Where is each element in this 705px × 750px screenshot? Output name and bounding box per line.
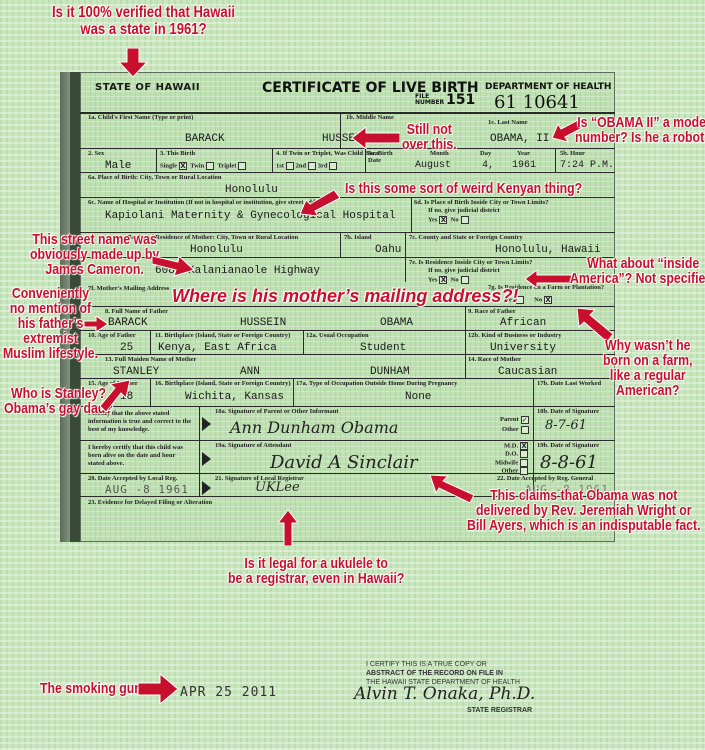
birth-hour: 7:24 P.M. [560, 160, 614, 171]
attendant-signature: David A Sinclair [270, 452, 418, 473]
label-father-birthplace: 11. Birthplace (Island, State or Foreign… [155, 332, 290, 339]
judicial-district-note: If no, give judicial district [428, 207, 500, 214]
department-heading: DEPARTMENT OF HEALTH [485, 82, 611, 92]
attendant-certification: I hereby certify that this child was bor… [88, 444, 193, 468]
annotation-hawaii-state: Is it 100% verified that Hawaiiwas a sta… [52, 4, 235, 38]
annotation-ukulele: Is it legal for a ukulele tobe a registr… [228, 556, 404, 586]
mother-last-name: DUNHAM [370, 366, 410, 378]
arrow-right-icon [84, 316, 108, 332]
label-place-of-birth: 6a. Place of Birth: City, Town or Rural … [88, 174, 222, 181]
informant-signature: Ann Dunham Obama [230, 418, 398, 437]
father-first-name: BARACK [108, 317, 148, 329]
label-1c: 1c. Last Name [488, 119, 528, 126]
checkbox-3rd [329, 162, 337, 170]
divider [80, 378, 615, 379]
sex-value: Male [105, 160, 131, 172]
arrow-right-icon [138, 674, 178, 704]
checkbox-no [461, 276, 469, 284]
divider [272, 148, 273, 172]
birth-day: 4, [482, 160, 494, 171]
divider [199, 406, 200, 496]
divider [80, 197, 615, 198]
certification-statement: I CERTIFY THIS IS A TRUE COPY OR ABSTRAC… [366, 660, 520, 687]
annotation-farm: Why wasn’t heborn on a farm,like a regul… [603, 338, 693, 398]
checkbox-yes: X [439, 276, 447, 284]
annotation-stanley: Who is Stanley?Obama’s gay dad? [4, 386, 113, 416]
divider [80, 306, 615, 307]
father-age: 25 [120, 342, 133, 354]
label-date-accepted-general: 22. Date Accepted by Reg. General [497, 475, 593, 482]
checkbox-2nd [308, 162, 316, 170]
divider [156, 148, 157, 172]
divider [340, 232, 341, 257]
label-birth-date: 5a. Birth Date [368, 150, 398, 164]
arrow-right-icon [152, 252, 194, 278]
label-mailing-address: 7f. Mother's Mailing Address [88, 285, 169, 292]
signature-date-18b: 8-7-61 [545, 418, 587, 433]
divider [80, 232, 615, 233]
divider [411, 197, 412, 232]
label-mother-race: 14. Race of Mother [468, 356, 521, 363]
arrow-down-icon [118, 48, 148, 78]
label-year: Year [517, 150, 530, 157]
divider [80, 354, 615, 355]
label-father-name: 8. Full Name of Father [105, 308, 168, 315]
label-attendant-signature: 19a. Signature of Attendant [215, 442, 291, 449]
father-middle-name: HUSSEIN [240, 317, 286, 329]
arrow-marker [202, 417, 211, 431]
divider [293, 378, 294, 406]
label-1a: 1a. Child's First Name (Type or print) [88, 114, 193, 121]
annotation-smoking-gun: The smoking gun. [40, 682, 145, 695]
residence-city: Honolulu [190, 244, 243, 256]
divider [80, 172, 615, 173]
state-registrar-title: STATE REGISTRAR [467, 707, 532, 714]
label-hour: 5b. Hour [560, 150, 585, 157]
label-1b: 1b. Middle Name [346, 114, 394, 121]
checkbox-do [520, 450, 528, 458]
divider [80, 440, 615, 441]
label-inside-city-residence: 7e. Is Residence Inside City or Town Lim… [409, 259, 532, 266]
local-registrar-signature: UKLee [255, 480, 300, 495]
checkbox-md: X [520, 442, 528, 450]
mother-first-name: STANLEY [113, 366, 159, 378]
this-birth-options: SingleX Twin Triplet [160, 162, 246, 170]
label-county-state: 7c. County and State or Foreign Country [409, 234, 523, 241]
checkbox-twin [206, 162, 214, 170]
label-signature-date-19b: 19b. Date of Signature [537, 442, 599, 449]
arrow-left-icon [352, 127, 400, 149]
residence-island: Oahu [375, 244, 401, 256]
arrow-down-left-icon [300, 190, 340, 216]
label-this-birth: 3. This Birth [160, 150, 195, 157]
annotation-obama-ii: Is “OBAMA II” a modelnumber? Is he a rob… [575, 115, 705, 145]
attendant-type-options: M.D.X D.O. Midwife Other [495, 442, 528, 476]
divider [150, 378, 151, 406]
arrow-marker [202, 452, 211, 466]
birth-month: August [415, 160, 451, 171]
child-first-name: BARACK [185, 133, 225, 145]
father-birthplace: Kenya, East Africa [158, 342, 277, 354]
divider [555, 148, 556, 172]
annotation-inside-america: What about “insideAmerica”? Not specifie… [570, 256, 705, 286]
label-hospital: 6c. Name of Hospital or Institution (If … [88, 199, 328, 206]
label-mother-birthplace: 16. Birthplace (Island, State or Foreign… [155, 380, 291, 387]
residence-judicial-note: If no, give judicial district [428, 267, 500, 274]
label-twin-order: 4. If Twin or Triplet, Was Child Born [276, 150, 379, 157]
label-day: Day [480, 150, 491, 157]
divider [80, 148, 615, 149]
annotation-mailing-address: Where is his mother’s mailing address?! [172, 287, 518, 305]
mother-race: Caucasian [498, 366, 557, 378]
mother-occupation: None [405, 391, 431, 403]
father-race: African [500, 317, 546, 329]
label-signature-date-18b: 18b. Date of Signature [537, 408, 599, 415]
label-island: 7b. Island [344, 234, 371, 241]
divider [80, 406, 615, 407]
label-date-accepted-local: 20. Date Accepted by Local Reg. [88, 475, 177, 482]
checkbox-other [521, 426, 529, 434]
child-last-name: OBAMA, II [490, 133, 549, 145]
label-delayed-filing: 23. Evidence for Delayed Filing or Alter… [88, 499, 212, 506]
annotation-attendant: This claims that Obama was notdelivered … [467, 488, 701, 533]
father-last-name: OBAMA [380, 317, 413, 329]
inside-city-birth-options: YesX No [428, 216, 469, 224]
divider [405, 257, 406, 282]
mother-middle-name: ANN [240, 366, 260, 378]
hospital-name: Kapiolani Maternity & Gynecological Hosp… [105, 210, 395, 222]
annotation-middle-name: Still notover this. [402, 122, 457, 152]
place-of-birth: Honolulu [225, 184, 278, 196]
divider [405, 232, 406, 257]
arrow-up-right-icon [100, 380, 130, 412]
inside-city-residence-options: YesX No [428, 276, 469, 284]
signature-date-19b: 8-8-61 [540, 452, 598, 473]
label-sex: 2. Sex [88, 150, 104, 157]
label-mother-maiden-name: 13. Full Maiden Name of Mother [105, 356, 196, 363]
mother-birthplace: Wichita, Kansas [185, 391, 284, 403]
annotation-street-name: This street name wasobviously made up by… [30, 232, 159, 277]
state-registrar-signature: Alvin T. Onaka, Ph.D. [354, 684, 535, 704]
label-informant-signature: 18a. Signature of Parent or Other Inform… [215, 408, 339, 415]
divider [150, 330, 151, 354]
father-business: University [490, 342, 556, 354]
checkbox-single: X [179, 162, 187, 170]
twin-order-options: 1st 2nd 3rd [276, 162, 337, 170]
residence-county-state: Honolulu, Hawaii [495, 244, 601, 256]
checkbox-no: X [544, 296, 552, 304]
certificate-number: 61 10641 [494, 92, 580, 113]
arrow-up-icon [278, 510, 298, 546]
divider [465, 306, 466, 378]
label-father-race: 9. Race of Father [468, 308, 516, 315]
file-number-label: FILE NUMBER [415, 94, 445, 106]
birth-year: 1961 [512, 160, 536, 171]
informant-type-options: Parent✓ Other [500, 415, 529, 435]
divider [80, 473, 615, 474]
checkbox-triplet [238, 162, 246, 170]
annotation-kenyan: Is this some sort of weird Kenyan thing? [345, 182, 582, 195]
checkbox-no [461, 216, 469, 224]
state-of-hawaii-heading: STATE OF HAWAII [95, 82, 200, 93]
checkbox-1st [286, 162, 294, 170]
issue-date-stamp: APR 25 2011 [180, 685, 277, 700]
checkbox-yes: X [439, 216, 447, 224]
label-mother-occupation: 17a. Type of Occupation Outside Home Dur… [296, 380, 457, 387]
arrow-marker [202, 481, 211, 495]
label-business: 12b. Kind of Business or Industry [468, 332, 561, 339]
divider [80, 330, 615, 331]
divider [303, 330, 304, 354]
checkbox-parent: ✓ [521, 416, 529, 424]
date-accepted-local: AUG -8 1961 [105, 483, 189, 496]
label-father-occupation: 12a. Usual Occupation [306, 332, 369, 339]
file-number: 151 [446, 92, 475, 108]
label-date-last-worked: 17b. Date Last Worked [537, 380, 601, 387]
checkbox-midwife [520, 459, 528, 467]
arrow-left-icon [525, 270, 573, 288]
father-occupation: Student [360, 342, 406, 354]
label-inside-city-birth: 6d. Is Place of Birth Inside City or Tow… [414, 199, 549, 206]
